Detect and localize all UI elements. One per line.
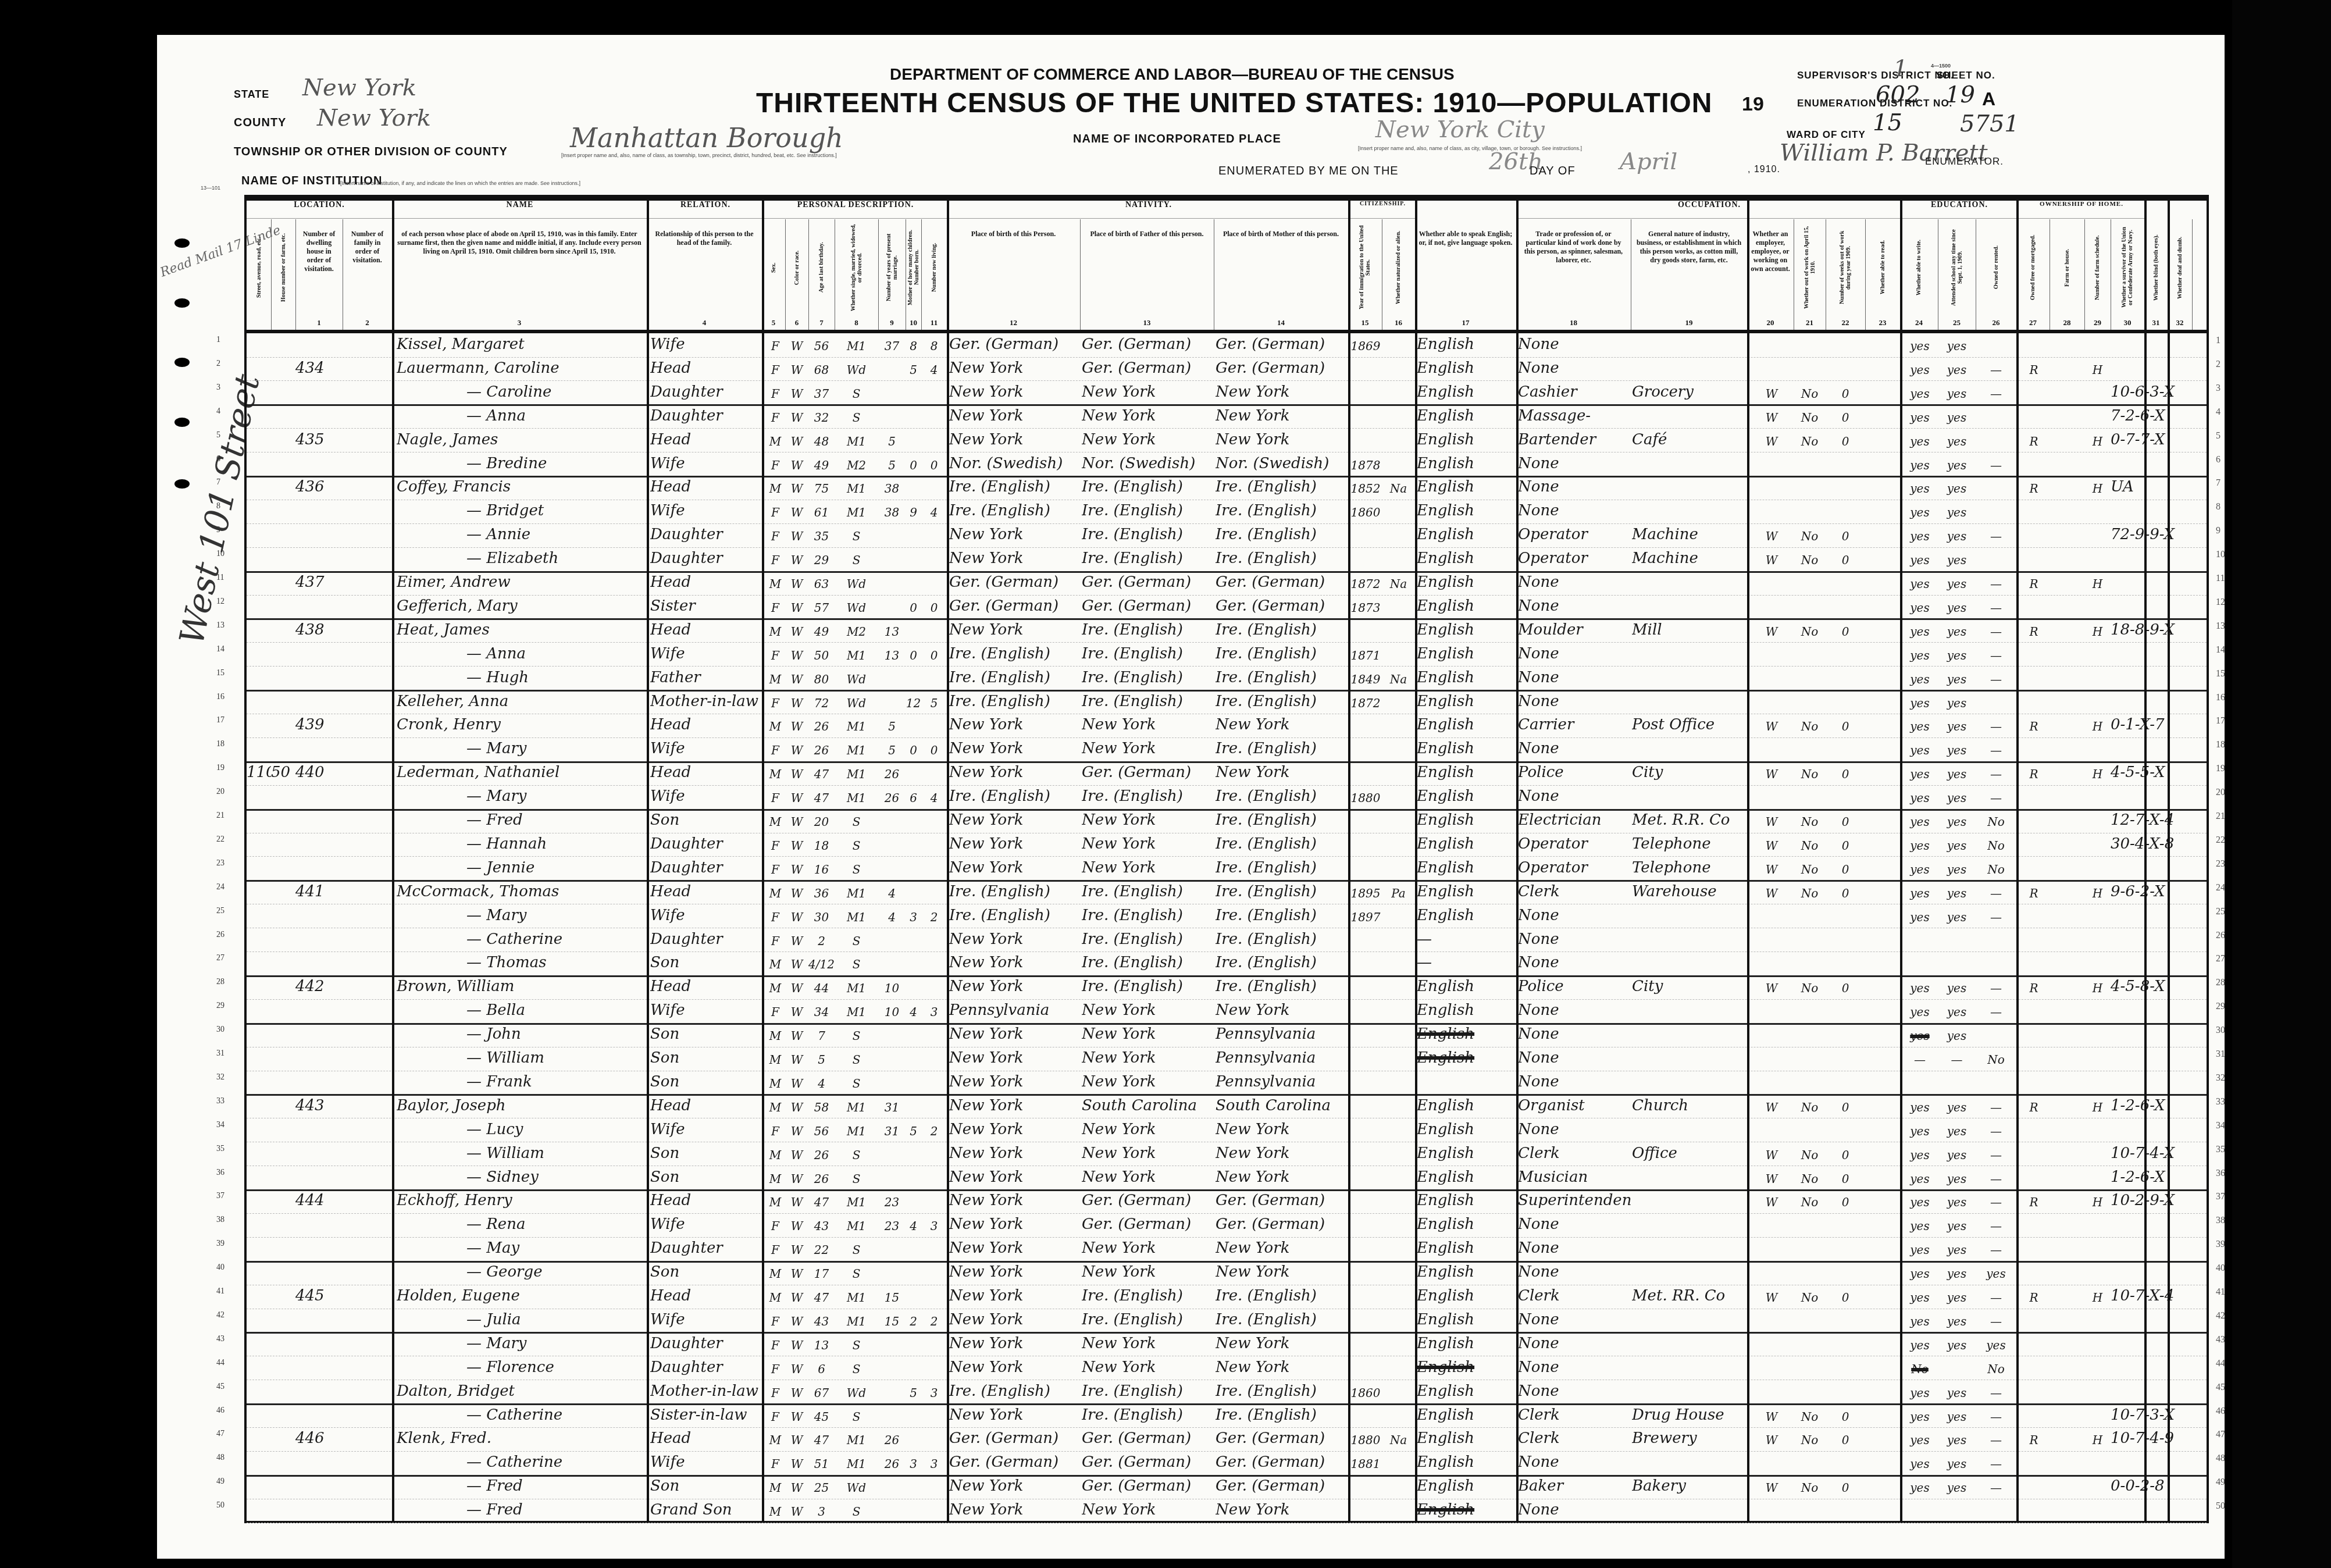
line-number: 5 bbox=[2216, 431, 2220, 441]
cell-school: — bbox=[1976, 1172, 2016, 1186]
cell-trade: None bbox=[1518, 1073, 1631, 1091]
cell-pob-father: New York bbox=[1082, 740, 1214, 757]
cell-years: 31 bbox=[878, 1124, 906, 1138]
cell-relation: Sister bbox=[650, 597, 762, 615]
cell-relation: Wife bbox=[650, 787, 762, 805]
line-number: 36 bbox=[216, 1168, 224, 1178]
line-number: 23 bbox=[2216, 859, 2225, 869]
cell-age: 13 bbox=[808, 1338, 835, 1352]
cell-sex: F bbox=[765, 458, 785, 472]
line-number: 21 bbox=[2216, 811, 2225, 822]
cell-pob: New York bbox=[949, 1287, 1080, 1305]
cell-write: yes bbox=[1938, 1338, 1976, 1352]
cell-pob: Ire. (English) bbox=[949, 693, 1080, 710]
cell-school: — bbox=[1976, 1005, 2016, 1019]
column-header-9: Number of years of present marriage.9 bbox=[878, 219, 906, 330]
cell-write: yes bbox=[1938, 1219, 1976, 1233]
cell-relation: Head bbox=[650, 1287, 762, 1305]
cell-sex: M bbox=[765, 1481, 785, 1495]
cell-pob: New York bbox=[949, 954, 1080, 971]
cell-codes: 30-4-X-8 bbox=[2111, 835, 2204, 853]
cell-write: yes bbox=[1938, 672, 1976, 686]
cell-school: — bbox=[1976, 601, 2016, 615]
cell-age: 44 bbox=[808, 981, 835, 995]
cell-name: Klenk, Fred. bbox=[397, 1430, 647, 1447]
cell-sex: F bbox=[765, 1314, 785, 1328]
line-number: 8 bbox=[216, 502, 220, 511]
cell-out: No bbox=[1794, 815, 1826, 829]
cell-english: English bbox=[1417, 669, 1516, 686]
cell-marital: Wd bbox=[835, 1481, 878, 1495]
cell-english: English bbox=[1417, 716, 1516, 733]
table-row: — FrankSonMW4SNew YorkNew YorkPennsylvan… bbox=[247, 1071, 2207, 1096]
column-label: Whether single, married, widowed, or div… bbox=[850, 224, 863, 311]
column-label: Number now living. bbox=[931, 224, 938, 311]
cell-race: W bbox=[785, 1029, 808, 1043]
cell-living: 4 bbox=[921, 363, 947, 377]
cell-dwelling: 442 bbox=[295, 978, 343, 995]
cell-relation: Head bbox=[650, 1097, 762, 1114]
line-number: 13 bbox=[2216, 621, 2225, 632]
cell-english: English bbox=[1417, 693, 1516, 710]
cell-write: yes bbox=[1938, 434, 1976, 448]
cell-immig: 1895 bbox=[1349, 886, 1382, 900]
cell-farm: H bbox=[2084, 1100, 2111, 1114]
cell-born: 5 bbox=[906, 1124, 921, 1138]
cell-farm: H bbox=[2084, 1433, 2111, 1447]
cell-age: 36 bbox=[808, 886, 835, 900]
cell-born: 0 bbox=[906, 648, 921, 662]
cell-age: 7 bbox=[808, 1029, 835, 1043]
line-number: 20 bbox=[2216, 787, 2225, 798]
cell-dwelling: 436 bbox=[295, 478, 343, 496]
cell-age: 47 bbox=[808, 1433, 835, 1447]
column-number: 8 bbox=[835, 318, 878, 327]
cell-relation: Wife bbox=[650, 455, 762, 472]
line-number: 19 bbox=[2216, 764, 2225, 774]
cell-sex: F bbox=[765, 1219, 785, 1233]
cell-marital: M2 bbox=[835, 458, 878, 472]
cell-age: 50 bbox=[808, 648, 835, 662]
cell-relation: Son bbox=[650, 1025, 762, 1043]
cell-marital: Wd bbox=[835, 601, 878, 615]
cell-trade: Clerk bbox=[1518, 1145, 1631, 1162]
cell-codes: 0-7-7-X bbox=[2111, 431, 2204, 448]
column-header-13: Place of birth of Father of this person.… bbox=[1080, 219, 1214, 330]
cell-own: R bbox=[2018, 1433, 2050, 1447]
line-number: 7 bbox=[2216, 478, 2220, 489]
cell-write: yes bbox=[1938, 577, 1976, 591]
column-number: 14 bbox=[1214, 318, 1348, 327]
line-number: 45 bbox=[216, 1382, 224, 1392]
cell-race: W bbox=[785, 601, 808, 615]
column-header-11: Number now living.11 bbox=[921, 219, 947, 330]
cell-pob-father: Ire. (English) bbox=[1082, 883, 1214, 900]
cell-living: 2 bbox=[921, 910, 947, 924]
line-number: 49 bbox=[2216, 1477, 2225, 1488]
cell-trade: None bbox=[1518, 502, 1631, 519]
cell-read: yes bbox=[1902, 1386, 1938, 1400]
cell-relation: Head bbox=[650, 478, 762, 496]
line-number: 18 bbox=[2216, 740, 2225, 750]
cell-pob: Ire. (English) bbox=[949, 645, 1080, 662]
cell-read: yes bbox=[1902, 1314, 1938, 1328]
cell-race: W bbox=[785, 1100, 808, 1114]
cell-age: 26 bbox=[808, 743, 835, 757]
cell-marital: S bbox=[835, 529, 878, 543]
punch-hole bbox=[174, 238, 190, 248]
column-header-27: Owned free or mortgaged.27 bbox=[2016, 219, 2050, 330]
line-number: 28 bbox=[2216, 978, 2225, 988]
cell-nat: Pa bbox=[1382, 886, 1415, 900]
cell-pob: New York bbox=[949, 550, 1080, 567]
line-number: 25 bbox=[2216, 907, 2225, 917]
line-number: 6 bbox=[216, 455, 220, 464]
cell-age: 47 bbox=[808, 791, 835, 805]
column-header-29: Number of farm schedule.29 bbox=[2084, 219, 2111, 330]
column-label: Age at last birthday. bbox=[818, 224, 825, 311]
cell-school: — bbox=[1976, 886, 2016, 900]
column-label: House number or farm, etc. bbox=[280, 224, 287, 311]
table-row: — WilliamSonMW26SNew YorkNew YorkNew Yor… bbox=[247, 1142, 2207, 1167]
cell-sex: F bbox=[765, 1386, 785, 1400]
line-number: 46 bbox=[216, 1406, 224, 1416]
cell-pob-mother: Pennsylvania bbox=[1216, 1073, 1348, 1091]
cell-born: 4 bbox=[906, 1005, 921, 1019]
cell-race: W bbox=[785, 625, 808, 639]
column-number: 25 bbox=[1938, 318, 1976, 327]
table-row: — FredSonMW20SNew YorkNew YorkIre. (Engl… bbox=[247, 809, 2207, 833]
cell-sex: F bbox=[765, 1005, 785, 1019]
sheet-value: 19 bbox=[1945, 81, 1975, 108]
cell-english: English bbox=[1417, 835, 1516, 853]
cell-race: W bbox=[785, 505, 808, 519]
cell-living: 4 bbox=[921, 505, 947, 519]
table-row: 11050440Lederman, NathanielHeadMW47M126N… bbox=[247, 761, 2207, 786]
cell-english: English bbox=[1417, 1311, 1516, 1328]
cell-out: No bbox=[1794, 411, 1826, 425]
cell-living: 3 bbox=[921, 1005, 947, 1019]
cell-school: No bbox=[1976, 839, 2016, 853]
line-number: 15 bbox=[216, 669, 224, 678]
table-row: — AnnieDaughterFW35SNew YorkIre. (Englis… bbox=[247, 523, 2207, 548]
cell-farm: H bbox=[2084, 981, 2111, 995]
cell-english: English bbox=[1417, 1145, 1516, 1162]
punch-hole bbox=[174, 418, 190, 427]
cell-read: yes bbox=[1902, 767, 1938, 781]
cell-race: W bbox=[785, 434, 808, 448]
cell-sex: M bbox=[765, 1029, 785, 1043]
cell-english: English bbox=[1417, 1477, 1516, 1495]
cell-codes: 10-7-4-9 bbox=[2111, 1430, 2204, 1447]
column-number: 24 bbox=[1900, 318, 1938, 327]
cell-pob-father: Ire. (English) bbox=[1082, 1406, 1214, 1424]
cell-farm: H bbox=[2084, 363, 2111, 377]
line-number: 4 bbox=[216, 407, 220, 416]
cell-pob-mother: Ire. (English) bbox=[1216, 835, 1348, 853]
line-number: 24 bbox=[216, 883, 224, 892]
cell-english: English bbox=[1417, 407, 1516, 425]
cell-write: yes bbox=[1938, 1457, 1976, 1471]
cell-school: — bbox=[1976, 363, 2016, 377]
column-number: 3 bbox=[392, 318, 647, 327]
table-row: — ThomasSonMW4/12SNew YorkIre. (English)… bbox=[247, 952, 2207, 977]
cell-read: yes bbox=[1902, 886, 1938, 900]
cell-house: 50 bbox=[271, 764, 295, 781]
cell-read: yes bbox=[1902, 1338, 1938, 1352]
cell-pob: New York bbox=[949, 1335, 1080, 1352]
cell-sex: M bbox=[765, 1053, 785, 1067]
cell-pob-father: New York bbox=[1082, 1049, 1214, 1067]
cell-marital: S bbox=[835, 1362, 878, 1376]
cell-sex: F bbox=[765, 863, 785, 876]
table-row: 437Eimer, AndrewHeadMW63WdGer. (German)G… bbox=[247, 571, 2207, 596]
column-label: Number of years of present marriage. bbox=[886, 224, 899, 311]
cell-farm: H bbox=[2084, 886, 2111, 900]
cell-pob-father: Ire. (English) bbox=[1082, 645, 1214, 662]
column-header-15: Year of immigration to the United States… bbox=[1348, 219, 1382, 330]
cell-pob-father: New York bbox=[1082, 1145, 1214, 1162]
cell-english: English bbox=[1417, 859, 1516, 876]
institution-note: [Insert name of institution, if any, and… bbox=[340, 180, 689, 186]
cell-english: English bbox=[1417, 907, 1516, 924]
cell-dwelling: 435 bbox=[295, 431, 343, 448]
cell-nat: Na bbox=[1382, 672, 1415, 686]
table-row: — BellaWifeFW34M11043PennsylvaniaNew Yor… bbox=[247, 999, 2207, 1025]
cell-school: — bbox=[1976, 1148, 2016, 1162]
line-number: 16 bbox=[2216, 693, 2225, 703]
cell-read: yes bbox=[1902, 482, 1938, 496]
cell-race: W bbox=[785, 1243, 808, 1257]
cell-own: R bbox=[2018, 625, 2050, 639]
cell-out: No bbox=[1794, 529, 1826, 543]
column-label: Whether naturalized or alien. bbox=[1395, 224, 1402, 311]
line-number: 38 bbox=[2216, 1216, 2225, 1226]
line-number: 31 bbox=[216, 1049, 224, 1059]
cell-dwelling: 443 bbox=[295, 1097, 343, 1114]
cell-pob-mother: Ire. (English) bbox=[1216, 811, 1348, 829]
cell-codes: 1-2-6-X bbox=[2111, 1097, 2204, 1114]
column-header-4: Relationship of this person to the head … bbox=[647, 219, 762, 330]
table-row: — HughFatherMW80WdIre. (English)Ire. (En… bbox=[247, 667, 2207, 692]
cell-out: No bbox=[1794, 625, 1826, 639]
cell-pob: New York bbox=[949, 1121, 1080, 1138]
cell-relation: Son bbox=[650, 1477, 762, 1495]
column-label: Whether able to read. bbox=[1880, 224, 1886, 311]
cell-read: yes bbox=[1902, 339, 1938, 353]
cell-sex: M bbox=[765, 482, 785, 496]
group-relation: RELATION. bbox=[648, 201, 763, 219]
line-number: 48 bbox=[2216, 1453, 2225, 1464]
cell-english: English bbox=[1417, 1025, 1516, 1043]
cell-age: 16 bbox=[808, 863, 835, 876]
cell-english: English bbox=[1417, 1121, 1516, 1138]
line-number: 30 bbox=[2216, 1025, 2225, 1036]
cell-read: yes bbox=[1902, 1029, 1938, 1043]
column-label: Whether an employer, employee, or workin… bbox=[1747, 219, 1794, 273]
cell-read: yes bbox=[1902, 719, 1938, 733]
cell-read: yes bbox=[1902, 743, 1938, 757]
cell-pob-father: New York bbox=[1082, 1335, 1214, 1352]
cell-race: W bbox=[785, 1291, 808, 1305]
cell-pob: Ger. (German) bbox=[949, 336, 1080, 353]
cell-race: W bbox=[785, 1195, 808, 1209]
cell-years: 4 bbox=[878, 910, 906, 924]
cell-age: 34 bbox=[808, 1005, 835, 1019]
cell-sex: M bbox=[765, 1100, 785, 1114]
column-number: 17 bbox=[1415, 318, 1516, 327]
cell-age: 25 bbox=[808, 1481, 835, 1495]
cell-emp: W bbox=[1749, 553, 1794, 567]
cell-immig: 1872 bbox=[1349, 577, 1382, 591]
cell-relation: Head bbox=[650, 1192, 762, 1209]
cell-relation: Daughter bbox=[650, 550, 762, 567]
line-number: 39 bbox=[216, 1239, 224, 1249]
column-number: 23 bbox=[1865, 318, 1900, 327]
cell-immig: 1873 bbox=[1349, 601, 1382, 615]
cell-years: 4 bbox=[878, 886, 906, 900]
cell-sex: F bbox=[765, 505, 785, 519]
cell-relation: Mother-in-law bbox=[650, 1382, 762, 1400]
cell-trade: None bbox=[1518, 907, 1631, 924]
cell-pob: New York bbox=[949, 1073, 1080, 1091]
line-number: 23 bbox=[216, 859, 224, 868]
cell-age: 4 bbox=[808, 1077, 835, 1091]
cell-english: English bbox=[1417, 1406, 1516, 1424]
cell-codes: 10-7-4-X bbox=[2111, 1145, 2204, 1162]
state-label: STATE bbox=[234, 88, 269, 101]
cell-relation: Daughter bbox=[650, 931, 762, 948]
cell-age: 45 bbox=[808, 1410, 835, 1424]
cell-emp: W bbox=[1749, 1172, 1794, 1186]
cell-marital: M1 bbox=[835, 1433, 878, 1447]
line-number: 24 bbox=[2216, 883, 2225, 893]
sheet-label: SHEET NO. bbox=[1937, 70, 1995, 81]
cell-marital: M1 bbox=[835, 505, 878, 519]
cell-relation: Mother-in-law bbox=[650, 693, 762, 710]
column-label: Year of immigration to the United States… bbox=[1359, 224, 1371, 311]
cell-write: yes bbox=[1938, 363, 1976, 377]
cell-school: — bbox=[1976, 1219, 2016, 1233]
cell-sex: M bbox=[765, 625, 785, 639]
cell-codes: UA bbox=[2111, 478, 2204, 496]
cell-industry: Office bbox=[1632, 1145, 1747, 1162]
column-number: 5 bbox=[762, 318, 785, 327]
cell-name: Kissel, Margaret bbox=[397, 336, 647, 353]
cell-marital: M1 bbox=[835, 1124, 878, 1138]
line-number: 33 bbox=[2216, 1097, 2225, 1107]
county-value: New York bbox=[317, 105, 431, 131]
cell-english: English bbox=[1417, 764, 1516, 781]
cell-own: R bbox=[2018, 1195, 2050, 1209]
table-row: 434Lauermann, CarolineHeadFW68Wd54New Yo… bbox=[247, 357, 2207, 382]
cell-race: W bbox=[785, 339, 808, 353]
cell-trade: None bbox=[1518, 1216, 1631, 1233]
cell-pob-mother: Ger. (German) bbox=[1216, 573, 1348, 591]
cell-english: English bbox=[1417, 645, 1516, 662]
cell-own: R bbox=[2018, 363, 2050, 377]
township-label: TOWNSHIP OR OTHER DIVISION OF COUNTY bbox=[234, 145, 508, 159]
cell-weeks: 0 bbox=[1826, 863, 1865, 876]
cell-living: 3 bbox=[921, 1386, 947, 1400]
cell-out: No bbox=[1794, 1100, 1826, 1114]
cell-pob-mother: Ire. (English) bbox=[1216, 669, 1348, 686]
cell-marital: M1 bbox=[835, 791, 878, 805]
table-row: Kissel, MargaretWifeFW56M13788Ger. (Germ… bbox=[247, 333, 2207, 358]
column-label: Street, avenue, road, etc. bbox=[256, 224, 262, 311]
cell-trade: None bbox=[1518, 1025, 1631, 1043]
cell-marital: M1 bbox=[835, 886, 878, 900]
line-number: 26 bbox=[216, 931, 224, 940]
cell-pob-father: New York bbox=[1082, 811, 1214, 829]
cell-trade: None bbox=[1518, 573, 1631, 591]
cell-pob: Ire. (English) bbox=[949, 502, 1080, 519]
cell-english: English bbox=[1417, 1192, 1516, 1209]
line-number: 14 bbox=[216, 645, 224, 654]
line-number: 12 bbox=[2216, 597, 2225, 608]
cell-read: — bbox=[1902, 1053, 1938, 1067]
cell-marital: M1 bbox=[835, 434, 878, 448]
cell-marital: M1 bbox=[835, 767, 878, 781]
cell-out: No bbox=[1794, 767, 1826, 781]
cell-years: 23 bbox=[878, 1219, 906, 1233]
cell-weeks: 0 bbox=[1826, 1291, 1865, 1305]
cell-age: 3 bbox=[808, 1505, 835, 1519]
line-number: 17 bbox=[2216, 716, 2225, 726]
cell-farm: H bbox=[2084, 625, 2111, 639]
cell-nat: Na bbox=[1382, 577, 1415, 591]
cell-weeks: 0 bbox=[1826, 1195, 1865, 1209]
cell-immig: 1860 bbox=[1349, 1386, 1382, 1400]
cell-pob-mother: Ire. (English) bbox=[1216, 931, 1348, 948]
cell-pob-mother: New York bbox=[1216, 1145, 1348, 1162]
column-header-pre1: House number or farm, etc. bbox=[271, 219, 296, 330]
table-row: 438Heat, JamesHeadMW49M213New YorkIre. (… bbox=[247, 619, 2207, 643]
cell-age: 48 bbox=[808, 434, 835, 448]
cell-pob-father: New York bbox=[1082, 859, 1214, 876]
cell-write: yes bbox=[1938, 886, 1976, 900]
cell-industry: Warehouse bbox=[1632, 883, 1747, 900]
cell-marital: M1 bbox=[835, 648, 878, 662]
cell-race: W bbox=[785, 743, 808, 757]
cell-dwelling: 434 bbox=[295, 359, 343, 377]
cell-sex: M bbox=[765, 1077, 785, 1091]
column-label: Color or race. bbox=[794, 224, 800, 311]
cell-write: yes bbox=[1938, 1148, 1976, 1162]
cell-trade: Musician bbox=[1518, 1168, 1631, 1186]
cell-relation: Grand Son bbox=[650, 1501, 762, 1519]
cell-read: yes bbox=[1902, 1100, 1938, 1114]
column-label: Number of farm schedule. bbox=[2094, 224, 2101, 311]
table-row: 436Coffey, FrancisHeadMW75M138Ire. (Engl… bbox=[247, 476, 2207, 500]
cell-relation: Head bbox=[650, 978, 762, 995]
cell-years: 15 bbox=[878, 1291, 906, 1305]
cell-sex: F bbox=[765, 601, 785, 615]
cell-pob-mother: New York bbox=[1216, 407, 1348, 425]
cell-write: yes bbox=[1938, 648, 1976, 662]
cell-relation: Son bbox=[650, 1145, 762, 1162]
table-row: 442Brown, WilliamHeadMW44M110New YorkIre… bbox=[247, 975, 2207, 1000]
cell-weeks: 0 bbox=[1826, 981, 1865, 995]
cell-weeks: 0 bbox=[1826, 1433, 1865, 1447]
cell-name: Lauermann, Caroline bbox=[397, 359, 647, 377]
incorporated-value: New York City bbox=[1375, 116, 1545, 143]
cell-marital: S bbox=[835, 1053, 878, 1067]
cell-sex: M bbox=[765, 1291, 785, 1305]
cell-sex: F bbox=[765, 1410, 785, 1424]
cell-born: 2 bbox=[906, 1314, 921, 1328]
cell-own: R bbox=[2018, 482, 2050, 496]
